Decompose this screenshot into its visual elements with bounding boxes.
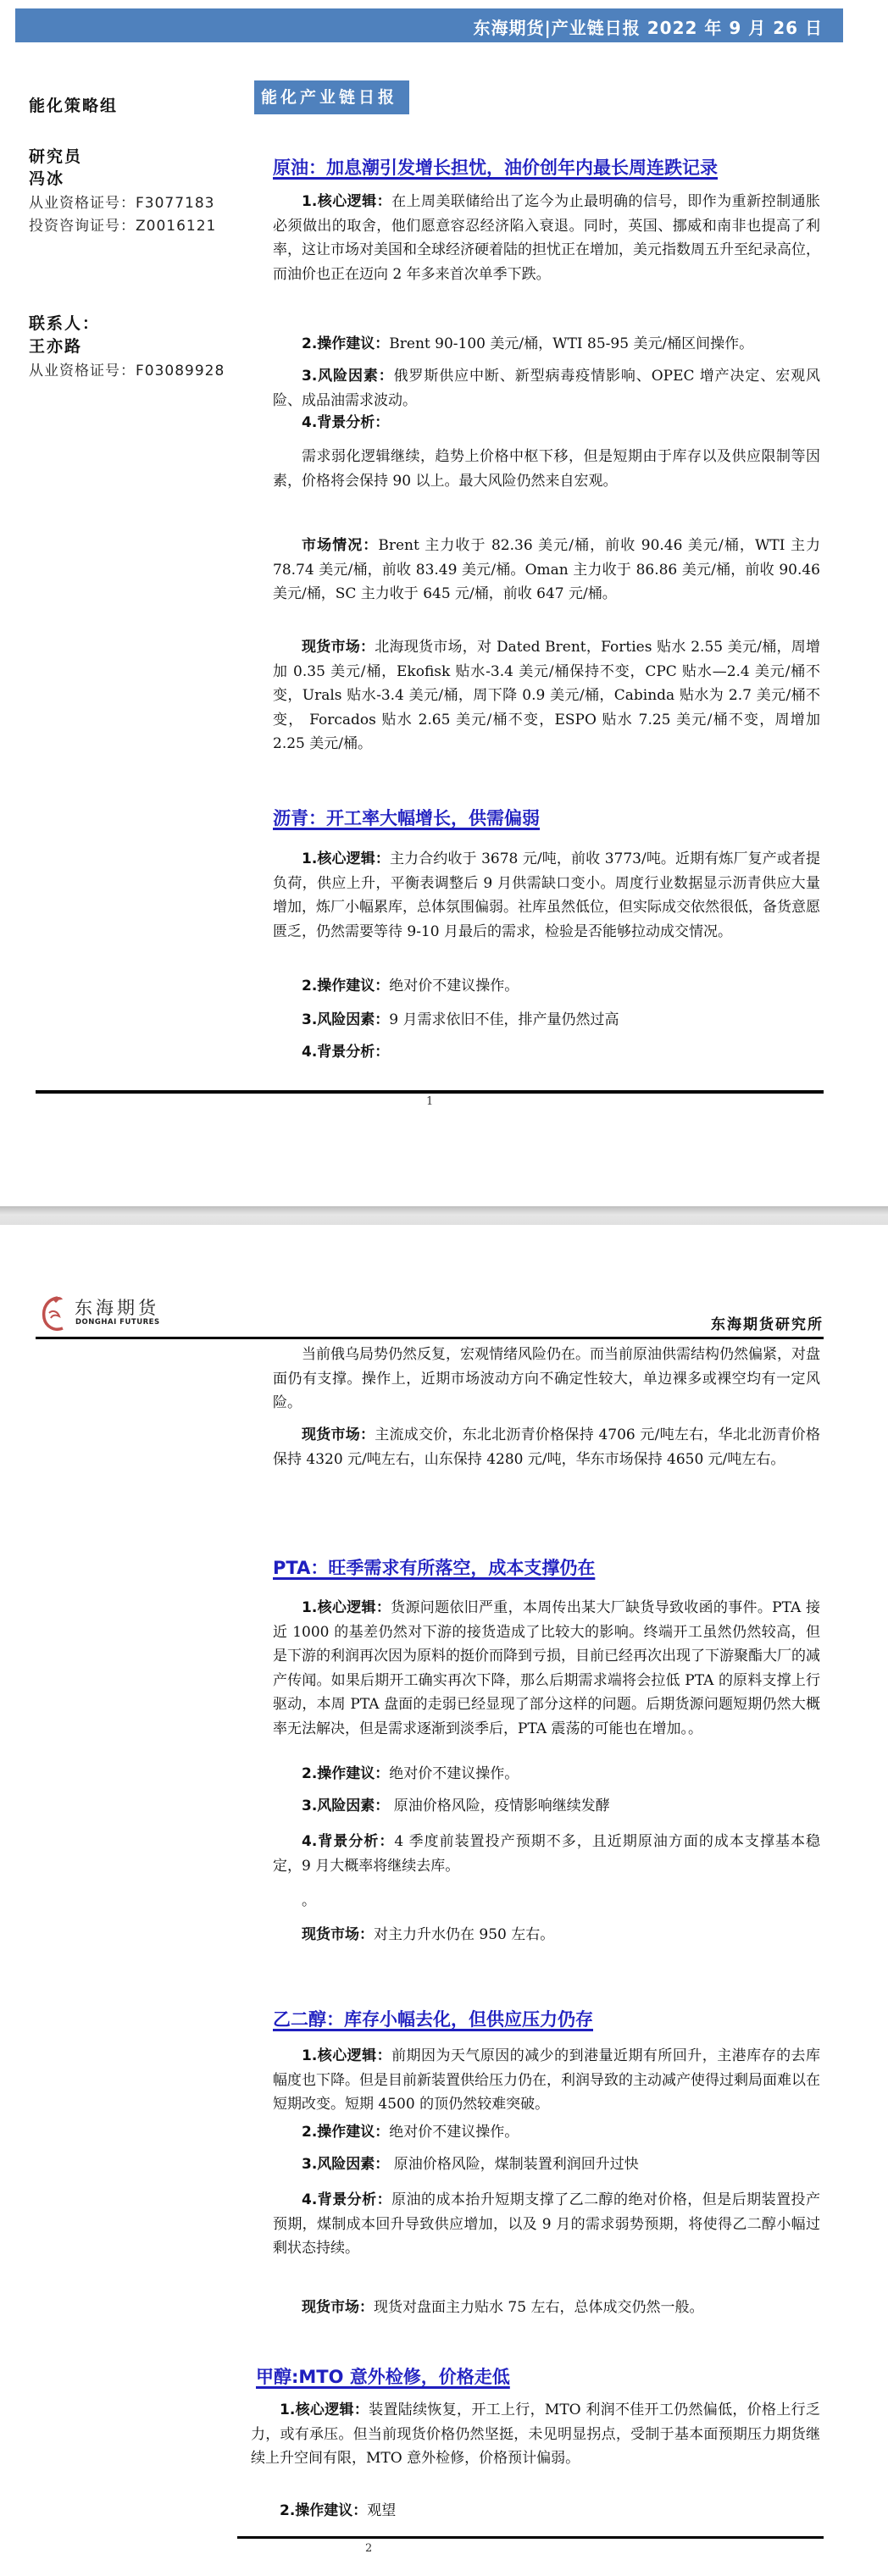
asphalt-risk: 3.风险因素：9 月需求依旧不佳，排产量仍然过高 (273, 1008, 820, 1033)
operation-text: 绝对价不建议操作。 (389, 2124, 519, 2141)
page-break (0, 1206, 888, 1225)
operation-label: 2.操作建议： (302, 2124, 389, 2141)
pta-risk: 3.风险因素： 原油价格风险，疫情影响继续发酵 (273, 1794, 820, 1819)
logo-english-name: DONGHAI FUTURES (75, 1318, 160, 1327)
crude-market: 市场情况：Brent 主力收于 82.36 美元/桶，前收 90.46 美元/桶… (273, 534, 820, 607)
risk-label: 3.风险因素： (302, 1798, 389, 1814)
logo-chinese-name: 东海期货 (75, 1294, 159, 1320)
crude-core-logic: 1.核心逻辑：在上周美联储给出了迄今为止最明确的信号，即作为重新控制通胀必须做出… (273, 190, 820, 286)
meg-risk: 3.风险因素： 原油价格风险，煤制装置利润回升过快 (273, 2152, 820, 2177)
core-logic-label: 1.核心逻辑： (302, 2047, 391, 2064)
spot-text: 对主力升水仍在 950 左右。 (374, 1926, 554, 1943)
dragon-logo-icon (41, 1294, 73, 1333)
asphalt-operation: 2.操作建议：绝对价不建议操作。 (273, 974, 820, 999)
pta-spot: 现货市场：对主力升水仍在 950 左右。 (273, 1923, 820, 1947)
operation-text: 绝对价不建议操作。 (389, 1765, 519, 1782)
asphalt-core-logic: 1.核心逻辑：主力合约收于 3678 元/吨，前收 3773/吨。近期有炼厂复产… (273, 847, 820, 944)
spot-label: 现货市场： (302, 1426, 375, 1443)
risk-text: 9 月需求依旧不佳，排产量仍然过高 (389, 1011, 619, 1028)
footer-rule (237, 2536, 824, 2539)
asphalt-background-text: 当前俄乌局势仍然反复，宏观情绪风险仍在。而当前原油供需结构仍然偏紧，对盘面仍有支… (273, 1343, 820, 1415)
core-logic-label: 1.核心逻辑： (302, 850, 390, 867)
spot-label: 现货市场： (302, 1926, 374, 1943)
contact-heading: 联系人： (29, 311, 100, 334)
asphalt-background-label: 4.背景分析： (273, 1040, 820, 1065)
core-logic-label: 1.核心逻辑： (302, 193, 391, 210)
meg-operation: 2.操作建议：绝对价不建议操作。 (273, 2120, 820, 2145)
meg-headline[interactable]: 乙二醇：库存小幅去化，但供应压力仍存 (273, 2006, 593, 2031)
spot-label: 现货市场： (302, 639, 375, 656)
report-header-bar: 东海期货|产业链日报 2022 年 9 月 26 日 (15, 8, 843, 42)
crude-operation: 2.操作建议：Brent 90-100 美元/桶，WTI 85-95 美元/桶区… (273, 332, 820, 357)
pta-stray-mark: 。 (273, 1889, 820, 1914)
market-label: 市场情况： (302, 537, 378, 554)
operation-label: 2.操作建议： (302, 1765, 389, 1782)
pta-core-logic: 1.核心逻辑：货源问题依旧严重，本周传出某大厂缺货导致收函的事件。PTA 接近 … (273, 1596, 820, 1741)
pta-headline[interactable]: PTA：旺季需求有所落空，成本支撑仍在 (273, 1554, 595, 1580)
background-label: 4.背景分析： (302, 1044, 389, 1061)
contact-name: 王亦路 (29, 334, 82, 357)
core-logic-label: 1.核心逻辑： (280, 2401, 369, 2418)
pta-operation: 2.操作建议：绝对价不建议操作。 (273, 1762, 820, 1787)
page-number: 2 (365, 2542, 372, 2555)
meg-spot: 现货市场：现货对盘面主力贴水 75 左右，总体成交仍然一般。 (273, 2296, 820, 2320)
meg-core-logic: 1.核心逻辑：前期因为天气原因的减少的到港量近期有所回升，主港库存的去库幅度也下… (273, 2044, 820, 2117)
operation-text: Brent 90-100 美元/桶，WTI 85-95 美元/桶区间操作。 (389, 335, 753, 352)
report-title: 东海期货|产业链日报 2022 年 9 月 26 日 (474, 14, 824, 39)
footer-rule (36, 1090, 824, 1094)
asphalt-spot: 现货市场：主流成交价，东北北沥青价格保持 4706 元/吨左右，华北北沥青价格保… (273, 1423, 820, 1471)
operation-label: 2.操作建议： (302, 335, 389, 352)
operation-text: 观望 (367, 2502, 396, 2519)
institute-name: 东海期货研究所 (711, 1312, 824, 1333)
researcher-name: 冯冰 (29, 166, 64, 189)
methanol-core-logic: 1.核心逻辑：装置陆续恢复，开工上行，MTO 利润不佳开工仍然偏低，价格上行乏力… (251, 2398, 820, 2471)
crude-risk: 3.风险因素：俄罗斯供应中断、新型病毒疫情影响、OPEC 增产决定、宏观风险、成… (273, 364, 820, 413)
contact-cert: 从业资格证号：F03089928 (29, 358, 225, 379)
spot-label: 现货市场： (302, 2299, 374, 2316)
page-number: 1 (426, 1095, 433, 1108)
background-label: 4.背景分析： (302, 414, 389, 431)
risk-label: 3.风险因素： (302, 2156, 389, 2173)
donghai-logo: 东海期货 DONGHAI FUTURES (41, 1294, 176, 1333)
researcher-cert-1: 从业资格证号：F3077183 (29, 191, 215, 212)
section-label: 能化产业链日报 (254, 80, 409, 114)
crude-spot: 现货市场：北海现货市场，对 Dated Brent，Forties 贴水 2.5… (273, 635, 820, 756)
researcher-heading: 研究员 (29, 144, 82, 167)
header-rule (36, 1337, 824, 1339)
crude-background-label: 4.背景分析： (273, 411, 820, 435)
core-logic-label: 1.核心逻辑： (302, 1599, 391, 1616)
methanol-operation: 2.操作建议：观望 (251, 2499, 820, 2523)
core-logic-text: 货源问题依旧严重，本周传出某大厂缺货导致收函的事件。PTA 接近 1000 的基… (273, 1599, 820, 1737)
operation-text: 绝对价不建议操作。 (389, 978, 519, 994)
background-label: 4.背景分析： (302, 2191, 391, 2208)
operation-label: 2.操作建议： (302, 978, 389, 994)
spot-text: 现货对盘面主力贴水 75 左右，总体成交仍然一般。 (374, 2299, 703, 2316)
methanol-headline[interactable]: 甲醇:MTO 意外检修，价格走低 (256, 2363, 510, 2389)
meg-background: 4.背景分析：原油的成本抬升短期支撑了乙二醇的绝对价格，但是后期装置投产预期，煤… (273, 2188, 820, 2261)
risk-text: 原油价格风险，煤制装置利润回升过快 (389, 2156, 638, 2173)
risk-text: 原油价格风险，疫情影响继续发酵 (389, 1798, 609, 1814)
crude-oil-headline[interactable]: 原油：加息潮引发增长担忧，油价创年内最长周连跌记录 (273, 154, 718, 180)
crude-background-text: 需求弱化逻辑继续，趋势上价格中枢下移，但是短期由于库存以及供应限制等因素，价格将… (273, 445, 820, 493)
pta-background: 4.背景分析：4 季度前装置投产预期不多，且近期原油方面的成本支撑基本稳定，9 … (273, 1830, 820, 1878)
team-name: 能化策略组 (29, 93, 118, 116)
operation-label: 2.操作建议： (280, 2502, 367, 2519)
asphalt-headline[interactable]: 沥青：开工率大幅增长，供需偏弱 (273, 805, 540, 830)
spot-text: 北海现货市场，对 Dated Brent，Forties 贴水 2.55 美元/… (273, 639, 820, 752)
risk-label: 3.风险因素： (302, 1011, 389, 1028)
background-label: 4.背景分析： (302, 1833, 394, 1850)
risk-label: 3.风险因素： (302, 368, 394, 385)
researcher-cert-2: 投资咨询证号：Z0016121 (29, 213, 216, 235)
